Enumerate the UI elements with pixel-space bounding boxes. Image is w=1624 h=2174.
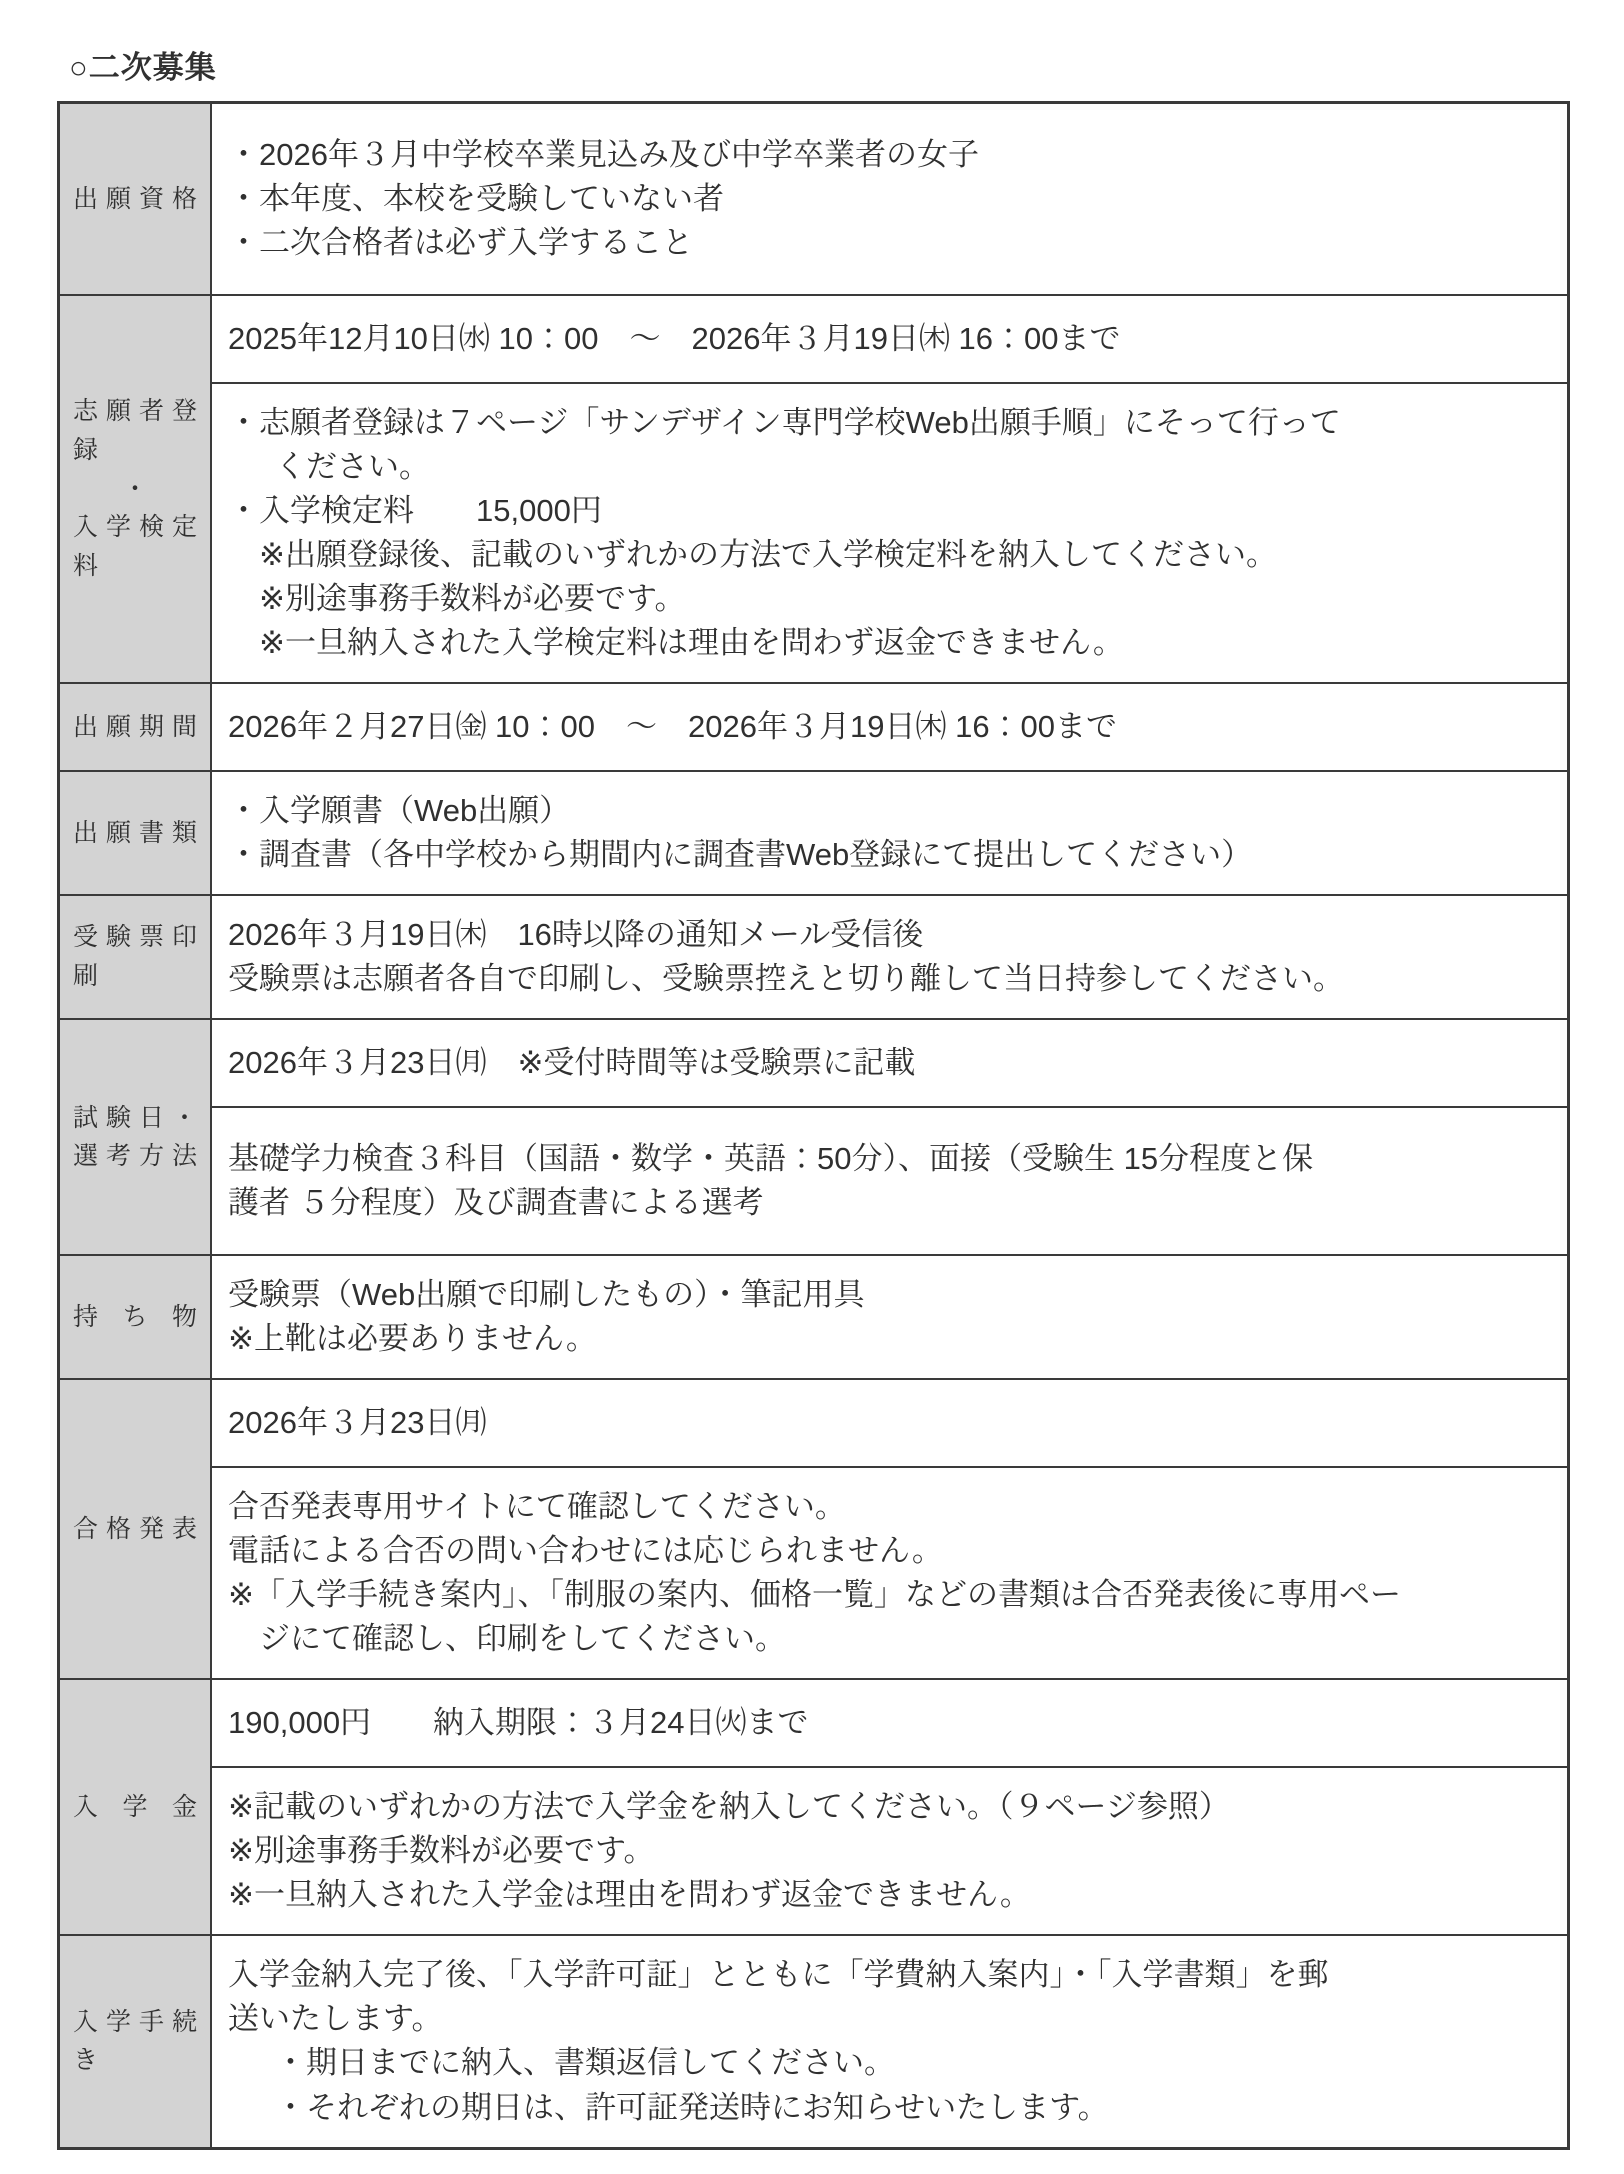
text-line: ジにて確認し、印刷をしてください。	[228, 1617, 1551, 1661]
text-line: 受験票は志願者各自で印刷し、受験票控えと切り離して当日持参してください。	[228, 957, 1551, 1001]
row-content: 2026年２月27日㈮ 10：00 ～ 2026年３月19日㈭ 16：00まで	[212, 684, 1567, 770]
row-content: 入学金納入完了後、「入学許可証」とともに「学費納入案内」・「入学書類」を郵 送い…	[212, 1936, 1567, 2146]
section-registration-period: 2025年12月10日㈬ 10：00 ～ 2026年３月19日㈭ 16：00まで	[212, 296, 1567, 382]
row-header-label: 入学手続き	[73, 2003, 197, 2081]
section: 入学金納入完了後、「入学許可証」とともに「学費納入案内」・「入学書類」を郵 送い…	[212, 1936, 1567, 2146]
row-header: 入学手続き	[60, 1936, 212, 2146]
text-line: ※出願登録後、記載のいずれかの方法で入学検定料を納入してください。	[228, 533, 1551, 577]
row-header-label: 試験日・	[73, 1099, 197, 1138]
text-line: ・それぞれの期日は、許可証発送時にお知らせいたします。	[228, 2086, 1551, 2130]
text-line: 受験票（Web出願で印刷したもの）・筆記用具	[228, 1273, 1551, 1317]
row-header: 志願者登録 ・ 入学検定料	[60, 296, 212, 682]
row-header: 合格発表	[60, 1380, 212, 1678]
text-line: ※一旦納入された入学金は理由を問わず返金できません。	[228, 1873, 1551, 1917]
row-content: ・2026年３月中学校卒業見込み及び中学卒業者の女子 ・本年度、本校を受験してい…	[212, 104, 1567, 294]
text-line: ・2026年３月中学校卒業見込み及び中学卒業者の女子	[228, 133, 1551, 177]
row-exam-date-selection-method: 試験日・ 選考方法 2026年３月23日㈪ ※受付時間等は受験票に記載 基礎学力…	[60, 1018, 1567, 1254]
text-line: 合否発表専用サイトにて確認してください。	[228, 1485, 1551, 1529]
text-line: 2025年12月10日㈬ 10：00 ～ 2026年３月19日㈭ 16：00まで	[228, 317, 1551, 361]
row-admission-procedures: 入学手続き 入学金納入完了後、「入学許可証」とともに「学費納入案内」・「入学書類…	[60, 1934, 1567, 2146]
text-line: ・二次合格者は必ず入学すること	[228, 221, 1551, 265]
admission-info-table: 出願資格 ・2026年３月中学校卒業見込み及び中学卒業者の女子 ・本年度、本校を…	[57, 101, 1570, 2150]
row-header-label: 受験票印刷	[73, 918, 197, 996]
title-text: 二次募集	[89, 50, 217, 85]
section-registration-notes: ・志願者登録は７ページ「サンデザイン専門学校Web出願手順」にそって行って くだ…	[212, 382, 1567, 682]
row-results-announcement: 合格発表 2026年３月23日㈪ 合否発表専用サイトにて確認してください。 電話…	[60, 1378, 1567, 1678]
text-line: ・本年度、本校を受験していない者	[228, 177, 1551, 221]
text-line: ※別途事務手数料が必要です。	[228, 1829, 1551, 1873]
page-title: ○二次募集	[69, 42, 1570, 87]
section-exam-date: 2026年３月23日㈪ ※受付時間等は受験票に記載	[212, 1020, 1567, 1106]
section-fee-notes: ※記載のいずれかの方法で入学金を納入してください。（９ページ参照） ※別途事務手…	[212, 1766, 1567, 1934]
row-header: 試験日・ 選考方法	[60, 1020, 212, 1254]
title-circle-marker: ○	[69, 50, 89, 85]
text-line: 2026年３月23日㈪	[228, 1401, 1551, 1445]
text-line: ・期日までに納入、書類返信してください。	[228, 2041, 1551, 2085]
row-content: 2026年３月23日㈪ ※受付時間等は受験票に記載 基礎学力検査３科目（国語・数…	[212, 1020, 1567, 1254]
text-line: 基礎学力検査３科目（国語・数学・英語：50分）、面接（受験生 15分程度と保	[228, 1137, 1551, 1181]
text-line: 送いたします。	[228, 1997, 1551, 2041]
text-line: 2026年３月23日㈪ ※受付時間等は受験票に記載	[228, 1041, 1551, 1085]
row-header: 出願資格	[60, 104, 212, 294]
section-fee-amount: 190,000円 納入期限：３月24日㈫まで	[212, 1680, 1567, 1766]
row-application-qualification: 出願資格 ・2026年３月中学校卒業見込み及び中学卒業者の女子 ・本年度、本校を…	[60, 104, 1567, 294]
section-selection-method: 基礎学力検査３科目（国語・数学・英語：50分）、面接（受験生 15分程度と保 護…	[212, 1106, 1567, 1254]
section: 2026年３月19日㈭ 16時以降の通知メール受信後 受験票は志願者各自で印刷し…	[212, 896, 1567, 1018]
section-announcement-notes: 合否発表専用サイトにて確認してください。 電話による合否の問い合わせには応じられ…	[212, 1466, 1567, 1678]
row-header: 出願期間	[60, 684, 212, 770]
section: 受験票（Web出願で印刷したもの）・筆記用具 ※上靴は必要ありません。	[212, 1256, 1567, 1378]
row-header-label: 持ち物	[73, 1298, 197, 1337]
row-header: 受験票印刷	[60, 896, 212, 1018]
document-page: ○二次募集 出願資格 ・2026年３月中学校卒業見込み及び中学卒業者の女子 ・本…	[0, 0, 1624, 2174]
text-line: 入学金納入完了後、「入学許可証」とともに「学費納入案内」・「入学書類」を郵	[228, 1953, 1551, 1997]
text-line: ※上靴は必要ありません。	[228, 1317, 1551, 1361]
row-header-label: 入学検定料	[73, 508, 197, 586]
row-content: 受験票（Web出願で印刷したもの）・筆記用具 ※上靴は必要ありません。	[212, 1256, 1567, 1378]
row-application-period: 出願期間 2026年２月27日㈮ 10：00 ～ 2026年３月19日㈭ 16：…	[60, 682, 1567, 770]
row-header-label: 出願資格	[73, 180, 197, 219]
row-header-label: 出願期間	[73, 708, 197, 747]
row-header-label: 志願者登録	[73, 392, 197, 470]
text-line: ください。	[228, 445, 1551, 489]
text-line: 護者 ５分程度）及び調査書による選考	[228, 1181, 1551, 1225]
row-header: 持ち物	[60, 1256, 212, 1378]
row-items-to-bring: 持ち物 受験票（Web出願で印刷したもの）・筆記用具 ※上靴は必要ありません。	[60, 1254, 1567, 1378]
text-line: ・調査書（各中学校から期間内に調査書Web登録にて提出してください）	[228, 833, 1551, 877]
row-application-documents: 出願書類 ・入学願書（Web出願） ・調査書（各中学校から期間内に調査書Web登…	[60, 770, 1567, 894]
row-exam-ticket-printing: 受験票印刷 2026年３月19日㈭ 16時以降の通知メール受信後 受験票は志願者…	[60, 894, 1567, 1018]
section-announcement-date: 2026年３月23日㈪	[212, 1380, 1567, 1466]
section: ・2026年３月中学校卒業見込み及び中学卒業者の女子 ・本年度、本校を受験してい…	[212, 104, 1567, 294]
text-line: ※記載のいずれかの方法で入学金を納入してください。（９ページ参照）	[228, 1785, 1551, 1829]
row-header-label: 選考方法	[73, 1137, 197, 1176]
row-content: 2026年３月23日㈪ 合否発表専用サイトにて確認してください。 電話による合否…	[212, 1380, 1567, 1678]
text-line: 190,000円 納入期限：３月24日㈫まで	[228, 1701, 1551, 1745]
section: 2026年２月27日㈮ 10：00 ～ 2026年３月19日㈭ 16：00まで	[212, 684, 1567, 770]
row-content: 2025年12月10日㈬ 10：00 ～ 2026年３月19日㈭ 16：00まで…	[212, 296, 1567, 682]
row-header: 入学金	[60, 1680, 212, 1934]
section: ・入学願書（Web出願） ・調査書（各中学校から期間内に調査書Web登録にて提出…	[212, 772, 1567, 894]
row-header-label: 出願書類	[73, 814, 197, 853]
row-content: 190,000円 納入期限：３月24日㈫まで ※記載のいずれかの方法で入学金を納…	[212, 1680, 1567, 1934]
row-content: ・入学願書（Web出願） ・調査書（各中学校から期間内に調査書Web登録にて提出…	[212, 772, 1567, 894]
row-header: 出願書類	[60, 772, 212, 894]
text-line: ・入学検定料 15,000円	[228, 489, 1551, 533]
text-line: ※一旦納入された入学検定料は理由を問わず返金できません。	[228, 621, 1551, 665]
text-line: 2026年３月19日㈭ 16時以降の通知メール受信後	[228, 913, 1551, 957]
row-admission-fee: 入学金 190,000円 納入期限：３月24日㈫まで ※記載のいずれかの方法で入…	[60, 1678, 1567, 1934]
row-header-label: 入学金	[73, 1788, 197, 1827]
row-applicant-registration-exam-fee: 志願者登録 ・ 入学検定料 2025年12月10日㈬ 10：00 ～ 2026年…	[60, 294, 1567, 682]
text-line: ・志願者登録は７ページ「サンデザイン専門学校Web出願手順」にそって行って	[228, 401, 1551, 445]
row-header-label: ・	[73, 470, 197, 509]
text-line: 電話による合否の問い合わせには応じられません。	[228, 1529, 1551, 1573]
text-line: ・入学願書（Web出願）	[228, 789, 1551, 833]
text-line: 2026年２月27日㈮ 10：00 ～ 2026年３月19日㈭ 16：00まで	[228, 705, 1551, 749]
row-content: 2026年３月19日㈭ 16時以降の通知メール受信後 受験票は志願者各自で印刷し…	[212, 896, 1567, 1018]
text-line: ※「入学手続き案内」、「制服の案内、価格一覧」などの書類は合否発表後に専用ペー	[228, 1573, 1551, 1617]
text-line: ※別途事務手数料が必要です。	[228, 577, 1551, 621]
row-header-label: 合格発表	[73, 1510, 197, 1549]
